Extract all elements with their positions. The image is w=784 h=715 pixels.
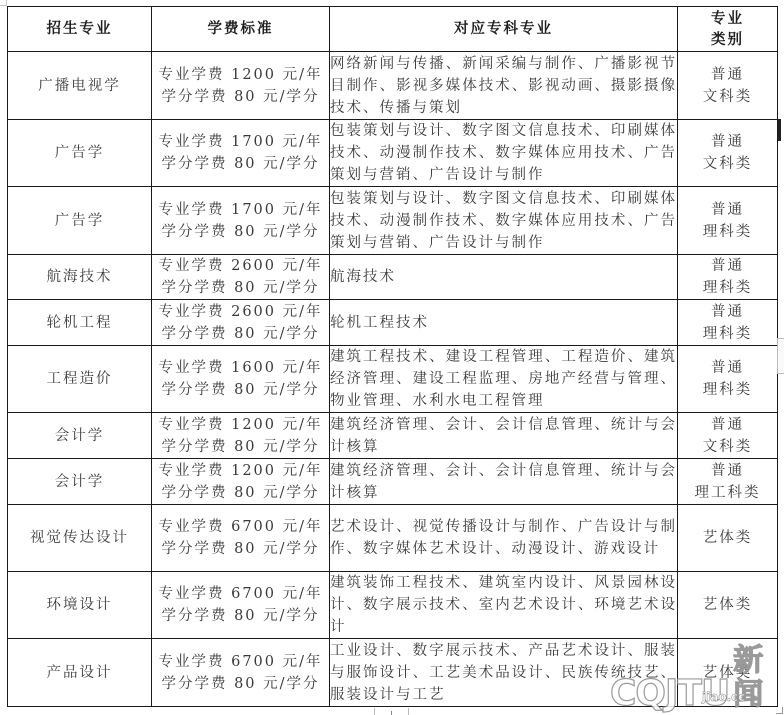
related-majors-cell: 工业设计、数字展示技术、产品艺术设计、服装与服饰设计、工艺美术品设计、民族传统技… — [330, 639, 678, 707]
fee-credit: 学分学费 80 元/学分 — [152, 153, 329, 175]
category-line2: 理科类 — [678, 379, 777, 401]
major-cell: 视觉传达设计 — [8, 505, 152, 572]
category-cell: 普通 理科类 — [678, 187, 778, 255]
resize-grip-icon[interactable] — [776, 707, 783, 714]
fee-cell: 专业学费 6700 元/年 学分学费 80 元/学分 — [152, 639, 330, 707]
fee-annual: 专业学费 6700 元/年 — [152, 583, 329, 605]
fee-annual: 专业学费 1600 元/年 — [152, 357, 329, 379]
fee-annual: 专业学费 2600 元/年 — [152, 301, 329, 323]
related-majors-cell: 建筑工程技术、建设工程管理、工程造价、建筑经济管理、建设工程监理、房地产经营与管… — [330, 346, 678, 413]
fee-cell: 专业学费 1700 元/年 学分学费 80 元/学分 — [152, 120, 330, 187]
major-cell: 会计学 — [8, 459, 152, 505]
category-line1: 普通 — [678, 414, 777, 436]
fee-cell: 专业学费 1700 元/年 学分学费 80 元/学分 — [152, 187, 330, 255]
category-cell: 普通 文科类 — [678, 52, 778, 120]
category-line1: 普通 — [678, 255, 777, 277]
header-major: 招生专业 — [8, 7, 152, 52]
category-line1: 普通 — [678, 199, 777, 221]
fee-cell: 专业学费 6700 元/年 学分学费 80 元/学分 — [152, 572, 330, 639]
category-line1: 艺体类 — [678, 527, 777, 549]
side-scroll-tab[interactable] — [777, 338, 784, 374]
fee-credit: 学分学费 80 元/学分 — [152, 323, 329, 345]
text-cursor-bar — [778, 119, 781, 141]
tuition-table: 招生专业 学费标准 对应专科专业 专业 类别 广播电视学 专业学费 1200 元… — [7, 6, 778, 707]
fee-credit: 学分学费 80 元/学分 — [152, 277, 329, 299]
related-majors-cell: 航海技术 — [330, 255, 678, 300]
category-line2: 理科类 — [678, 277, 777, 299]
table-row: 广播电视学 专业学费 1200 元/年 学分学费 80 元/学分 网络新闻与传播… — [8, 52, 778, 120]
major-cell: 产品设计 — [8, 639, 152, 707]
fee-cell: 专业学费 2600 元/年 学分学费 80 元/学分 — [152, 255, 330, 300]
fee-credit: 学分学费 80 元/学分 — [152, 605, 329, 627]
fee-credit: 学分学费 80 元/学分 — [152, 436, 329, 458]
major-cell: 会计学 — [8, 413, 152, 459]
category-line2: 理科类 — [678, 221, 777, 243]
fee-annual: 专业学费 6700 元/年 — [152, 516, 329, 538]
fee-credit: 学分学费 80 元/学分 — [152, 482, 329, 504]
category-cell: 普通 文科类 — [678, 120, 778, 187]
category-line1: 普通 — [678, 460, 777, 482]
category-line1: 艺体类 — [678, 662, 777, 684]
table-row: 工程造价 专业学费 1600 元/年 学分学费 80 元/学分 建筑工程技术、建… — [8, 346, 778, 413]
fee-cell: 专业学费 1600 元/年 学分学费 80 元/学分 — [152, 346, 330, 413]
category-line2: 文科类 — [678, 436, 777, 458]
category-line2: 理科类 — [678, 323, 777, 345]
category-line2: 文科类 — [678, 153, 777, 175]
major-cell: 广告学 — [8, 187, 152, 255]
category-cell: 普通 理工科类 — [678, 459, 778, 505]
related-majors-cell: 艺术设计、视觉传播设计与制作、广告设计与制作、数字媒体艺术设计、动漫设计、游戏设… — [330, 505, 678, 572]
fee-annual: 专业学费 2600 元/年 — [152, 255, 329, 277]
related-majors-cell: 网络新闻与传播、新闻采编与制作、广播影视节目制作、影视多媒体技术、影视动画、摄影… — [330, 52, 678, 120]
fee-credit: 学分学费 80 元/学分 — [152, 673, 329, 695]
table-row: 会计学 专业学费 1200 元/年 学分学费 80 元/学分 建筑经济管理、会计… — [8, 413, 778, 459]
fee-annual: 专业学费 1200 元/年 — [152, 64, 329, 86]
category-line2: 理工科类 — [678, 482, 777, 504]
table-row: 广告学 专业学费 1700 元/年 学分学费 80 元/学分 包装策划与设计、数… — [8, 187, 778, 255]
fee-cell: 专业学费 2600 元/年 学分学费 80 元/学分 — [152, 300, 330, 346]
fee-annual: 专业学费 6700 元/年 — [152, 651, 329, 673]
category-line2: 文科类 — [678, 86, 777, 108]
major-cell: 广播电视学 — [8, 52, 152, 120]
table-row: 轮机工程 专业学费 2600 元/年 学分学费 80 元/学分 轮机工程技术 普… — [8, 300, 778, 346]
category-cell: 艺体类 — [678, 505, 778, 572]
header-fee: 学费标准 — [152, 7, 330, 52]
related-majors-cell: 建筑装饰工程技术、建筑室内设计、风景园林设计、数字展示技术、室内艺术设计、环境艺… — [330, 572, 678, 639]
header-category: 专业 类别 — [678, 7, 778, 52]
page-corner-mark — [0, 0, 7, 6]
fee-annual: 专业学费 1700 元/年 — [152, 131, 329, 153]
related-majors-cell: 包装策划与设计、数字图文信息技术、印刷媒体技术、动漫制作技术、数字媒体应用技术、… — [330, 187, 678, 255]
category-cell: 艺体类 — [678, 639, 778, 707]
major-cell: 工程造价 — [8, 346, 152, 413]
fee-credit: 学分学费 80 元/学分 — [152, 86, 329, 108]
table-row: 视觉传达设计 专业学费 6700 元/年 学分学费 80 元/学分 艺术设计、视… — [8, 505, 778, 572]
table-row: 产品设计 专业学费 6700 元/年 学分学费 80 元/学分 工业设计、数字展… — [8, 639, 778, 707]
category-line1: 艺体类 — [678, 594, 777, 616]
related-majors-cell: 建筑经济管理、会计、会计信息管理、统计与会计核算 — [330, 459, 678, 505]
category-cell: 艺体类 — [678, 572, 778, 639]
fee-annual: 专业学费 1200 元/年 — [152, 460, 329, 482]
fee-cell: 专业学费 6700 元/年 学分学费 80 元/学分 — [152, 505, 330, 572]
fee-credit: 学分学费 80 元/学分 — [152, 221, 329, 243]
table-header-row: 招生专业 学费标准 对应专科专业 专业 类别 — [8, 7, 778, 52]
major-cell: 广告学 — [8, 120, 152, 187]
bottom-scroll-tab[interactable] — [374, 708, 409, 715]
category-line1: 普通 — [678, 131, 777, 153]
category-line1: 普通 — [678, 64, 777, 86]
major-cell: 轮机工程 — [8, 300, 152, 346]
category-line1: 普通 — [678, 301, 777, 323]
table-row: 会计学 专业学费 1200 元/年 学分学费 80 元/学分 建筑经济管理、会计… — [8, 459, 778, 505]
related-majors-cell: 包装策划与设计、数字图文信息技术、印刷媒体技术、动漫制作技术、数字媒体应用技术、… — [330, 120, 678, 187]
major-cell: 航海技术 — [8, 255, 152, 300]
header-related: 对应专科专业 — [330, 7, 678, 52]
fee-credit: 学分学费 80 元/学分 — [152, 379, 329, 401]
fee-cell: 专业学费 1200 元/年 学分学费 80 元/学分 — [152, 413, 330, 459]
major-cell: 环境设计 — [8, 572, 152, 639]
related-majors-cell: 轮机工程技术 — [330, 300, 678, 346]
fee-annual: 专业学费 1700 元/年 — [152, 199, 329, 221]
category-line1: 普通 — [678, 357, 777, 379]
table-row: 广告学 专业学费 1700 元/年 学分学费 80 元/学分 包装策划与设计、数… — [8, 120, 778, 187]
category-cell: 普通 文科类 — [678, 413, 778, 459]
category-cell: 普通 理科类 — [678, 300, 778, 346]
category-cell: 普通 理科类 — [678, 255, 778, 300]
fee-credit: 学分学费 80 元/学分 — [152, 538, 329, 560]
header-category-line2: 类别 — [678, 29, 777, 50]
fee-annual: 专业学费 1200 元/年 — [152, 414, 329, 436]
category-cell: 普通 理科类 — [678, 346, 778, 413]
table-row: 航海技术 专业学费 2600 元/年 学分学费 80 元/学分 航海技术 普通 … — [8, 255, 778, 300]
related-majors-cell: 建筑经济管理、会计、会计信息管理、统计与会计核算 — [330, 413, 678, 459]
header-category-line1: 专业 — [678, 8, 777, 29]
table-row: 环境设计 专业学费 6700 元/年 学分学费 80 元/学分 建筑装饰工程技术… — [8, 572, 778, 639]
fee-cell: 专业学费 1200 元/年 学分学费 80 元/学分 — [152, 52, 330, 120]
fee-cell: 专业学费 1200 元/年 学分学费 80 元/学分 — [152, 459, 330, 505]
